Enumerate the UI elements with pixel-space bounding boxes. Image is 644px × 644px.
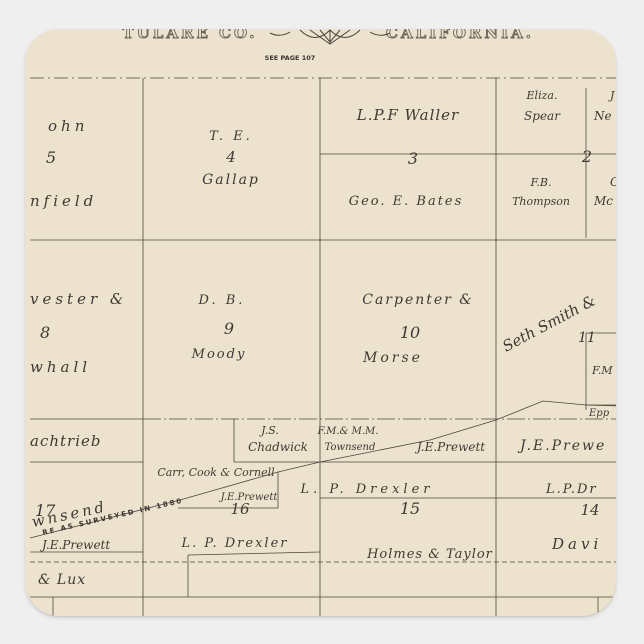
svg-text:11: 11 [578, 330, 596, 346]
map-header: TULARE CO. CALIFORNIA. SEE PAGE 107 [123, 29, 534, 62]
svg-text:Davi: Davi [551, 535, 602, 553]
svg-text:F.M.& M.M.: F.M.& M.M. [317, 426, 379, 437]
svg-text:C: C [610, 175, 616, 189]
svg-text:Moody: Moody [191, 347, 247, 362]
svg-text:J.S.: J.S. [259, 424, 279, 437]
svg-text:Epp: Epp [588, 408, 610, 419]
svg-text:D. B.: D. B. [198, 293, 246, 308]
svg-text:Chadwick: Chadwick [248, 440, 308, 454]
svg-text:10: 10 [400, 323, 420, 342]
section-9: D. B. 9 Moody [191, 293, 247, 362]
svg-text:5: 5 [46, 148, 56, 167]
svg-text:achtrieb: achtrieb [30, 432, 101, 450]
svg-text:J.E.Prewe: J.E.Prewe [517, 438, 606, 454]
svg-text:F.B.: F.B. [530, 176, 552, 189]
svg-text:8: 8 [40, 323, 50, 342]
svg-text:16: 16 [230, 500, 250, 518]
svg-text:Thompson: Thompson [512, 195, 570, 208]
svg-text:L. P. Drexler: L. P. Drexler [180, 536, 288, 551]
section-11: Seth Smith & 11 F.M Epp [499, 291, 613, 419]
section-lines [30, 78, 616, 616]
svg-text:Carr, Cook & Cornell: Carr, Cook & Cornell [157, 466, 275, 479]
svg-text:& Lux: & Lux [38, 572, 86, 588]
svg-text:15: 15 [400, 499, 420, 518]
title-tulare: TULARE CO. [123, 29, 258, 42]
svg-text:Holmes & Taylor: Holmes & Taylor [366, 547, 493, 562]
svg-text:L.P.Dr: L.P.Dr [545, 482, 598, 497]
svg-text:J.E.Prewett: J.E.Prewett [414, 440, 485, 454]
svg-text:T. E.: T. E. [209, 129, 253, 144]
svg-text:Townsend: Townsend [325, 442, 376, 453]
section-10: Carpenter & 10 Morse [362, 292, 474, 366]
section-4: T. E. 4 Gallap [202, 129, 260, 188]
svg-text:J.E.Prewett: J.E.Prewett [39, 538, 110, 552]
svg-text:14: 14 [580, 501, 599, 519]
section-17: achtrieb 17 wnsend J.E.Prewett & Lux [30, 432, 110, 588]
svg-text:L. P. Drexler: L. P. Drexler [299, 482, 433, 497]
svg-text:2: 2 [581, 147, 592, 166]
svg-text:J: J [608, 89, 615, 102]
map-sticker: TULARE CO. CALIFORNIA. SEE PAGE 107 [25, 29, 616, 616]
svg-text:Spear: Spear [524, 109, 561, 123]
section-8: vester & 8 whall [30, 290, 127, 376]
svg-text:Ne: Ne [593, 109, 612, 123]
section-2: Eliza. Spear 2 F.B. Thompson Ne C Mc J [512, 89, 616, 208]
svg-text:vester &: vester & [30, 290, 127, 308]
see-page-note: SEE PAGE 107 [265, 54, 316, 62]
section-3: L.P.F Waller 3 Geo. E. Bates [349, 106, 464, 209]
svg-text:Eliza.: Eliza. [526, 89, 558, 102]
svg-text:ohn: ohn [48, 117, 88, 135]
svg-text:nfield: nfield [30, 192, 97, 210]
svg-text:whall: whall [30, 358, 91, 376]
svg-text:Gallap: Gallap [202, 172, 260, 188]
section-14: J.E.Prewe L.P.Dr 14 Davi [517, 438, 606, 553]
svg-text:Carpenter &: Carpenter & [362, 292, 474, 308]
svg-text:3: 3 [408, 149, 418, 168]
svg-text:4: 4 [225, 148, 236, 166]
svg-text:Morse: Morse [362, 350, 423, 366]
section-5: ohn 5 nfield [30, 117, 97, 210]
svg-text:Geo. E. Bates: Geo. E. Bates [349, 194, 464, 209]
svg-text:F.M: F.M [591, 364, 613, 377]
township-map: TULARE CO. CALIFORNIA. SEE PAGE 107 [25, 29, 616, 616]
svg-text:Mc: Mc [593, 194, 613, 208]
svg-text:L.P.F Waller: L.P.F Waller [356, 106, 459, 124]
title-california: CALIFORNIA. [386, 29, 534, 42]
svg-text:9: 9 [224, 319, 234, 338]
ornament-icon [270, 30, 390, 44]
